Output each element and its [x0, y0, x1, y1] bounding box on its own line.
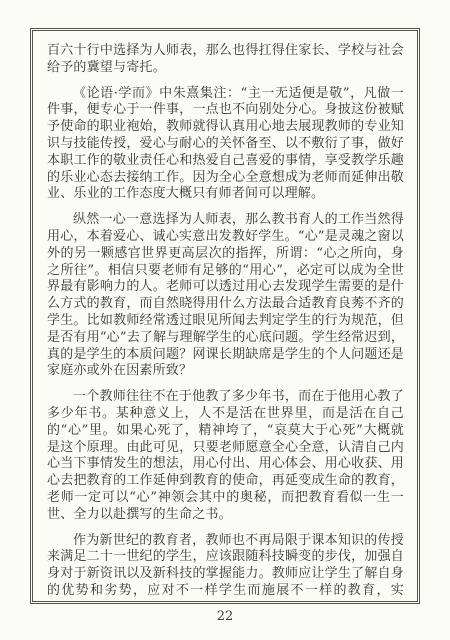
page-border-frame: 百六十行中选择为人师表，那么也得扛得住家长、学校与社会给予的冀望与寄托。 《论语… — [30, 28, 420, 604]
paragraph: 纵然一心一意选择为人师表，那么教书育人的工作当然得用心，本着爱心、诚心实意出发教… — [47, 212, 404, 380]
paragraph: 百六十行中选择为人师表，那么也得扛得住家长、学校与社会给予的冀望与寄托。 — [47, 43, 404, 77]
paragraph: 《论语·学而》中朱熹集注：“主一无适便是敬”，凡做一件事，便专心于一件事，一点也… — [47, 86, 404, 204]
page-number: 22 — [0, 609, 450, 624]
paragraph: 一个教师往往不在于他教了多少年书，而在于他用心教了多少年书。某种意义上，人不是活… — [47, 389, 404, 523]
page-text-area: 百六十行中选择为人师表，那么也得扛得住家长、学校与社会给予的冀望与寄托。 《论语… — [34, 32, 416, 600]
paragraph: 作为新世纪的教育者，教师也不再局限于课本知识的传授来满足二十一世纪的学生，应该跟… — [47, 533, 404, 600]
